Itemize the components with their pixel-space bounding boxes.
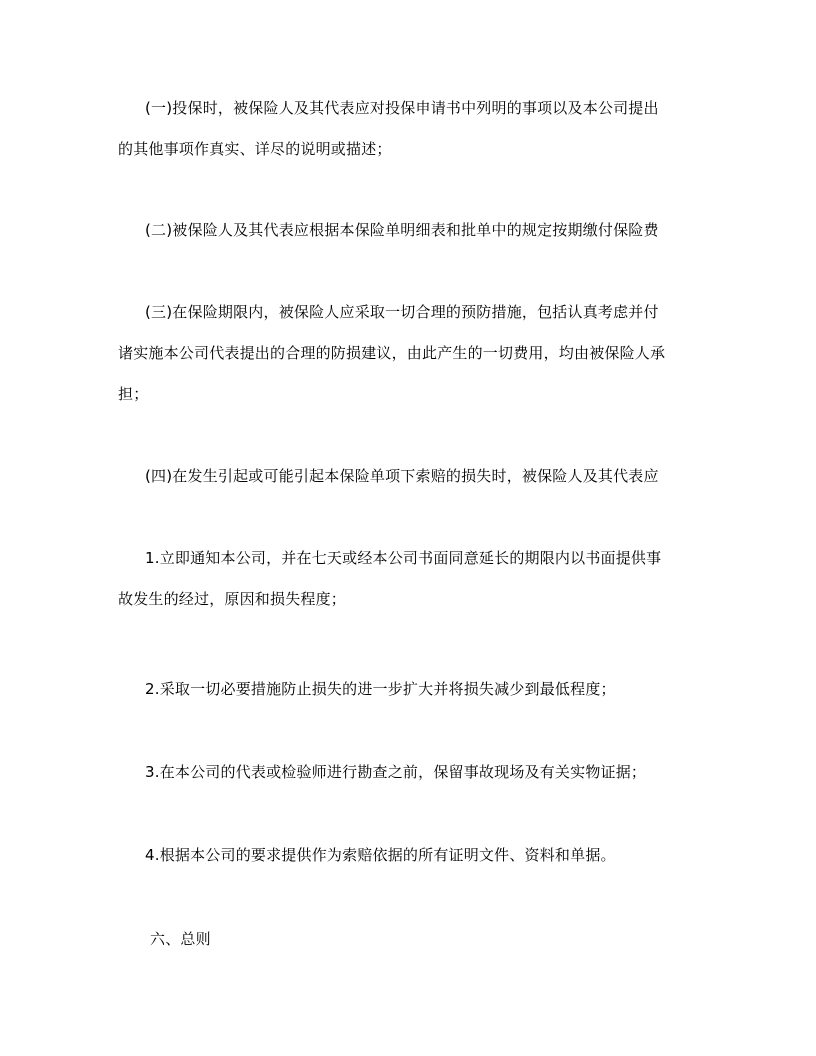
paragraph-line: 2.采取一切必要措施防止损失的进一步扩大并将损失减少到最低程度； xyxy=(145,679,616,699)
paragraph-line: 故发生的经过，原因和损失程度； xyxy=(118,589,346,609)
paragraph-line: 担； xyxy=(118,384,148,404)
paragraph-line: (一)投保时，被保险人及其代表应对投保申请书中列明的事项以及本公司提出 xyxy=(145,98,659,118)
paragraph-line: 六、总则 xyxy=(150,929,211,949)
paragraph-line: (三)在保险期限内，被保险人应采取一切合理的预防措施，包括认真考虑并付 xyxy=(145,302,659,322)
paragraph-line: 诸实施本公司代表提出的合理的防损建议，由此产生的一切费用，均由被保险人承 xyxy=(118,343,665,363)
paragraph-line: 3.在本公司的代表或检验师进行勘查之前，保留事故现场及有关实物证据； xyxy=(145,762,646,782)
paragraph-line: (四)在发生引起或可能引起本保险单项下索赔的损失时，被保险人及其代表应 xyxy=(145,466,659,486)
paragraph-line: 的其他事项作真实、详尽的说明或描述； xyxy=(118,139,392,159)
paragraph-line: 1.立即通知本公司，并在七天或经本公司书面同意延长的期限内以书面提供事 xyxy=(145,548,661,568)
paragraph-line: (二)被保险人及其代表应根据本保险单明细表和批单中的规定按期缴付保险费 xyxy=(145,220,659,240)
paragraph-line: 4.根据本公司的要求提供作为索赔依据的所有证明文件、资料和单据。 xyxy=(145,845,616,865)
